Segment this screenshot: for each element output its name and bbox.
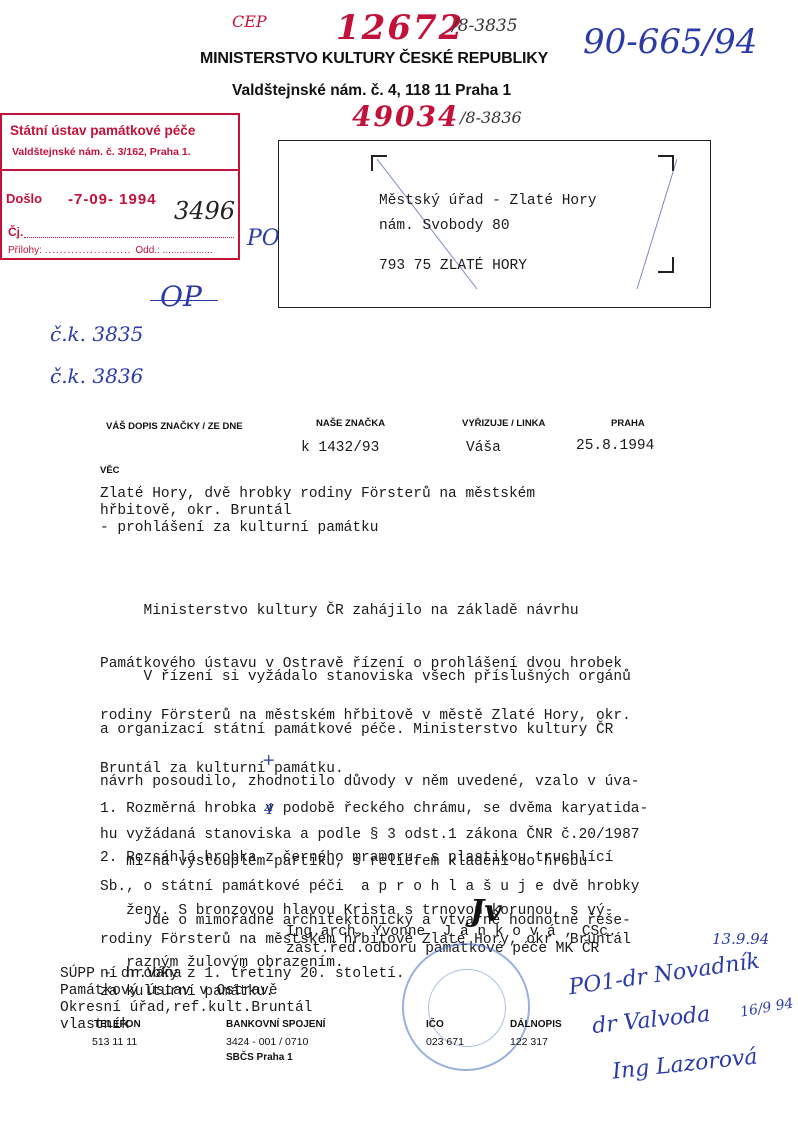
handwritten-doc-suffix-1: /8-3835 — [452, 16, 518, 36]
copies-line-1: SÚPP - dr.Váňa — [60, 966, 182, 982]
place-label: PRAHA — [611, 418, 645, 429]
handwritten-ref-top-right: 90-665/94 — [583, 22, 757, 62]
received-stamp: Státní ústav památkové péče Valdštejnské… — [0, 113, 240, 260]
body-line: a organizací státní památkové péče. Mini… — [100, 722, 640, 740]
ministry-address: Valdštejnské nám. č. 4, 118 11 Praha 1 — [232, 82, 511, 100]
handwritten-date-right: 13.9.94 — [712, 930, 769, 948]
stamp-received-date: -7-09- 1994 — [68, 191, 157, 208]
handwritten-doc-number-2: 49034 — [352, 100, 459, 133]
recipient-address-box: Městský úřad - Zlaté Hory nám. Svobody 8… — [278, 140, 711, 308]
handwritten-hrobka-mark-2: 4 — [264, 800, 274, 818]
footer-ico-label: IČO — [426, 1019, 444, 1030]
footer-bank-value: 3424 - 001 / 0710 — [226, 1036, 308, 1048]
your-letter-label: VÁŠ DOPIS ZNAČKY / ZE DNE — [106, 421, 243, 432]
recipient-line-2: nám. Svobody 80 — [379, 218, 510, 234]
stamp-address: Valdštejnské nám. č. 3/162, Praha 1. — [12, 146, 191, 158]
footer-phone-value: 513 11 11 — [92, 1036, 137, 1048]
handwritten-doc-number-1: 12672 — [336, 8, 464, 48]
our-ref-label: NAŠE ZNAČKA — [316, 418, 385, 429]
op-strike — [150, 300, 218, 301]
body-line: 2. Rozsáhlá hrobka z černého mramoru, s … — [100, 850, 613, 868]
subject-line-3: - prohlášení za kulturní památku — [100, 520, 378, 536]
our-ref-value: k 1432/93 — [301, 440, 379, 456]
handwritten-note-date: 16/9 94 — [739, 995, 795, 1020]
stamp-cj-number: 3496 — [174, 197, 235, 225]
stamp-header: Státní ústav památkové péče Valdštejnské… — [2, 115, 238, 171]
date-value: 25.8.1994 — [576, 438, 654, 454]
footer-telex-label: DÁLNOPIS — [510, 1019, 562, 1030]
copies-line-2: Památkový ústav v Ostravě — [60, 983, 278, 999]
subject-line-1: Zlaté Hory, dvě hrobky rodiny Försterů n… — [100, 486, 535, 502]
handled-value: Váša — [466, 440, 501, 456]
footer-bank-label: BANKOVNÍ SPOJENÍ — [226, 1019, 325, 1030]
stamp-dots-2: .................. — [163, 245, 213, 256]
stamp-institution: Státní ústav památkové péče — [10, 123, 195, 138]
handled-label: VYŘIZUJE / LINKA — [462, 418, 545, 429]
body-line: V řízení si vyžádalo stanoviska všech př… — [100, 669, 640, 687]
subject-label: VĚC — [100, 465, 120, 476]
official-seal — [402, 943, 530, 1071]
handwritten-note-3: Ing Lazorová — [611, 1044, 759, 1084]
handwritten-ck-1: č.k. 3835 — [50, 322, 143, 346]
footer-phone-label: TELEFON — [94, 1019, 141, 1030]
stamp-received-label: Došlo — [6, 191, 42, 206]
handwritten-doc-suffix-2: /8-3836 — [460, 108, 522, 127]
stamp-dept-label: Odd.: — [135, 245, 159, 256]
handwritten-ck-2: č.k. 3836 — [50, 364, 143, 388]
signatory-name: Ing.arch. Yvonne J a n k o v á , CSc. — [286, 924, 617, 940]
handwritten-hrobka-mark-1: + — [262, 750, 275, 769]
footer-bank-name: SBČS Praha 1 — [226, 1052, 293, 1063]
stamp-dots: ....................... — [45, 245, 136, 256]
handwritten-po: PO — [247, 226, 280, 251]
copies-line-3: Okresní úřad,ref.kult.Bruntál — [60, 1000, 312, 1016]
handwritten-cep: CEP — [232, 12, 267, 31]
stamp-cj-label: Čj. — [8, 225, 23, 239]
ministry-title: MINISTERSTVO KULTURY ČESKÉ REPUBLIKY — [200, 50, 548, 68]
stamp-cj-line — [24, 237, 234, 238]
footer-ico-value: 023 671 — [426, 1036, 464, 1048]
handwritten-op: OP — [160, 280, 202, 313]
subject-line-2: hřbitově, okr. Bruntál — [100, 503, 291, 519]
footer-telex-value: 122 317 — [510, 1036, 548, 1048]
recipient-line-3: 793 75 ZLATÉ HORY — [379, 258, 527, 274]
body-line: Ministerstvo kultury ČR zahájilo na zákl… — [100, 603, 631, 621]
stamp-attachments: Přílohy: ....................... Odd.: .… — [8, 245, 213, 256]
stamp-attachments-label: Přílohy: — [8, 245, 42, 256]
recipient-line-1: Městský úřad - Zlaté Hory — [379, 193, 597, 209]
